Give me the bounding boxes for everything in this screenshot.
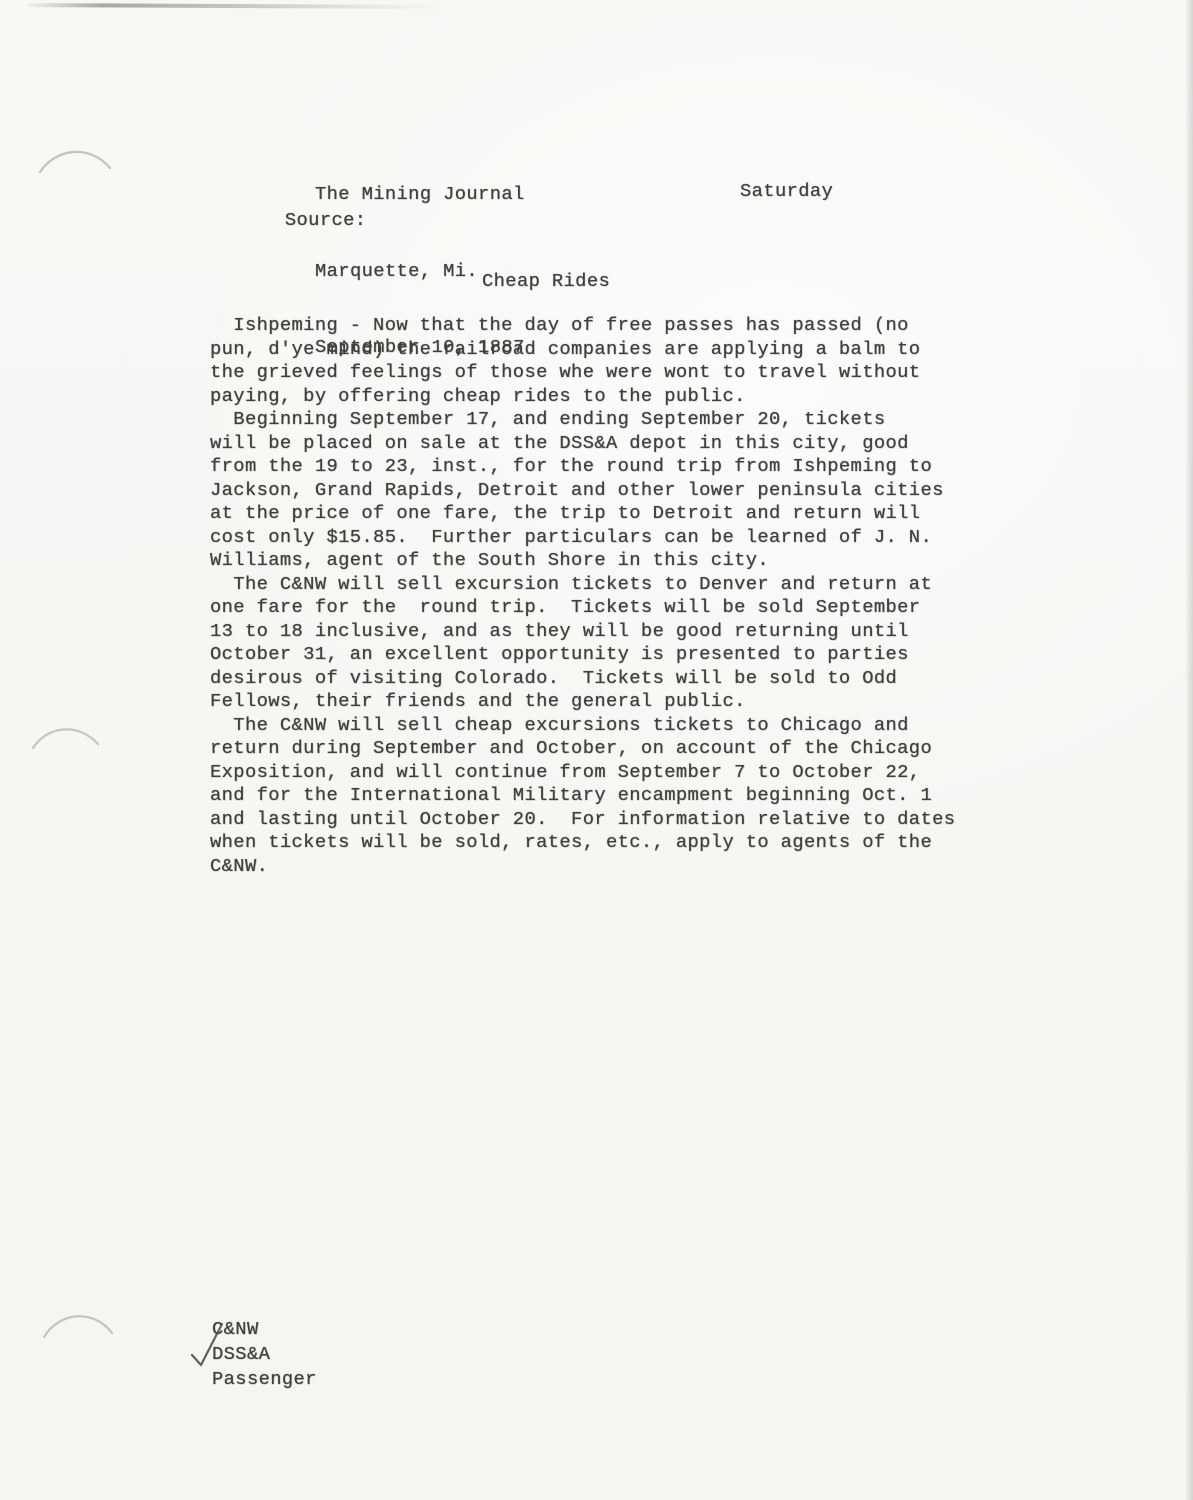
publication-name: The Mining Journal	[315, 182, 525, 208]
hole-punch-arc-top	[32, 140, 122, 185]
article-body: Ishpeming - Now that the day of free pas…	[210, 314, 955, 878]
source-label: Source:	[285, 209, 367, 231]
article-title: Cheap Rides	[482, 270, 610, 292]
article-line: from the 19 to 23, inst., for the round …	[210, 455, 955, 479]
article-line: return during September and October, on …	[210, 737, 955, 761]
article-line: C&NW.	[210, 855, 955, 879]
article-line: the grieved feelings of those whe were w…	[210, 361, 955, 385]
article-line: and lasting until October 20. For inform…	[210, 808, 955, 832]
weekday-label: Saturday	[740, 180, 833, 202]
article-line: Fellows, their friends and the general p…	[210, 690, 955, 714]
article-line: The C&NW will sell excursion tickets to …	[210, 573, 955, 597]
article-line: at the price of one fare, the trip to De…	[210, 502, 955, 526]
hole-punch-arc-bottom	[36, 1304, 124, 1348]
article-line: pun, d'ye mind) the railroad companies a…	[210, 338, 955, 362]
article-line: 13 to 18 inclusive, and as they will be …	[210, 620, 955, 644]
article-line: Exposition, and will continue from Septe…	[210, 761, 955, 785]
article-line: desirous of visiting Colorado. Tickets w…	[210, 667, 955, 691]
article-line: The C&NW will sell cheap excursions tick…	[210, 714, 955, 738]
hole-punch-arc-middle	[26, 718, 110, 760]
scan-artifact-line	[28, 3, 443, 9]
document-page: Source: The Mining Journal Marquette, Mi…	[0, 0, 1193, 1500]
scan-edge-shadow	[1185, 0, 1193, 1500]
publication-location: Marquette, Mi.	[215, 259, 525, 285]
article-line: paying, by offering cheap rides to the p…	[210, 385, 955, 409]
article-line: Williams, agent of the South Shore in th…	[210, 549, 955, 573]
article-line: Jackson, Grand Rapids, Detroit and other…	[210, 479, 955, 503]
article-line: one fare for the round trip. Tickets wil…	[210, 596, 955, 620]
article-line: cost only $15.85. Further particulars ca…	[210, 526, 955, 550]
handwritten-checkmark-icon	[188, 1318, 234, 1372]
article-line: will be placed on sale at the DSS&A depo…	[210, 432, 955, 456]
article-line: October 31, an excellent opportunity is …	[210, 643, 955, 667]
article-line: when tickets will be sold, rates, etc., …	[210, 831, 955, 855]
article-line: Beginning September 17, and ending Septe…	[210, 408, 955, 432]
article-line: and for the International Military encam…	[210, 784, 955, 808]
source-line: Source: The Mining Journal	[215, 182, 525, 208]
article-line: Ishpeming - Now that the day of free pas…	[210, 314, 955, 338]
